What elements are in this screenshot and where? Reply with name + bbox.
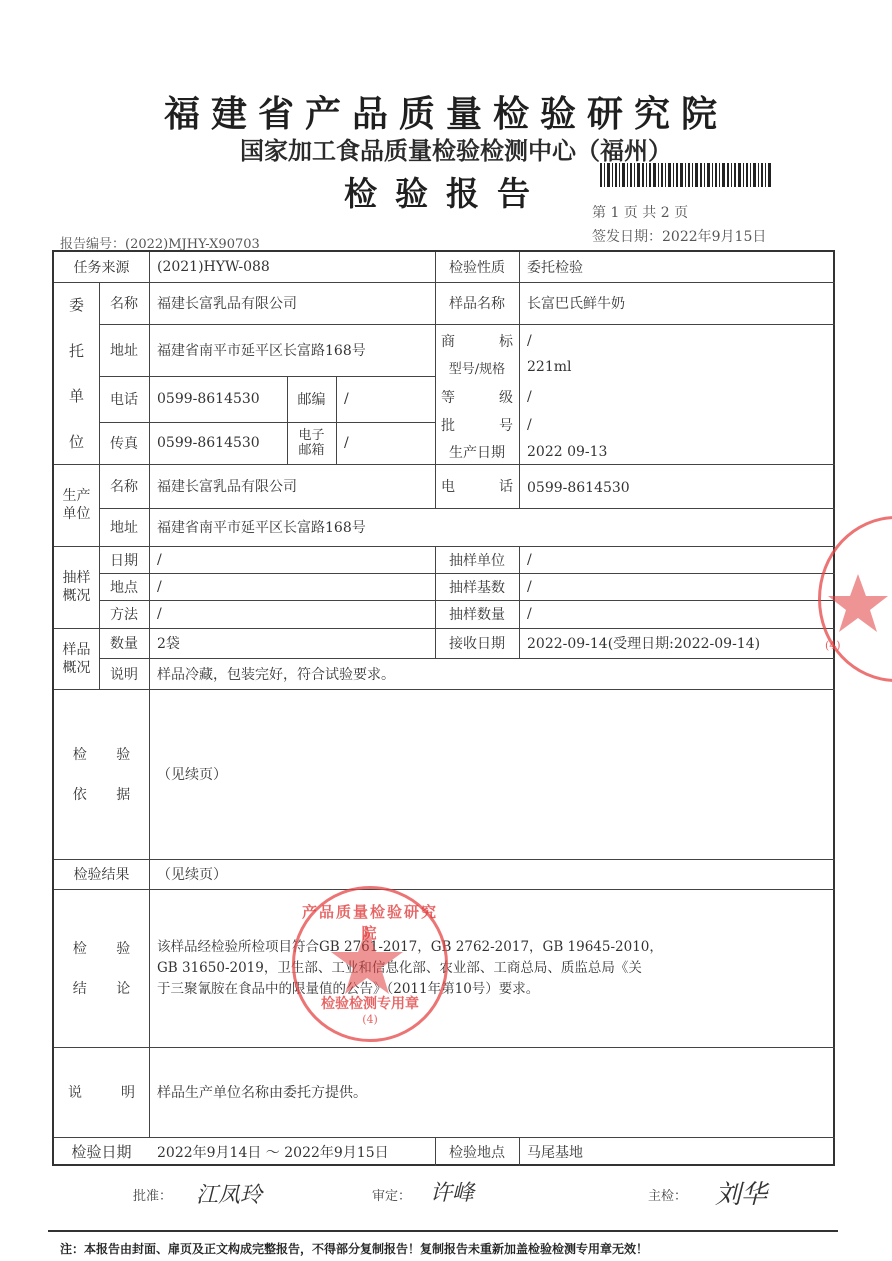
client-postcode-value: / <box>336 376 435 422</box>
footer-divider <box>48 1230 838 1232</box>
batch-value: / <box>519 412 835 438</box>
conclusion-label: 检验 结论 <box>54 889 149 1047</box>
brand-value: / <box>519 328 835 354</box>
sample-count-label: 数量 <box>99 628 149 658</box>
main-inspector-label: 主检： <box>648 1185 687 1204</box>
producer-address-value: 福建省南平市延平区长富路168号 <box>149 508 835 546</box>
report-table: 任务来源 (2021)HYW-088 检验性质 委托检验 委 托 单 位 名称 … <box>52 250 835 1166</box>
sample-name-value: 长富巴氏鲜牛奶 <box>519 282 835 324</box>
sampling-place-value: / <box>149 573 435 600</box>
issue-date: 签发日期：2022年9月15日 <box>592 226 766 246</box>
client-address-label: 地址 <box>99 324 149 376</box>
inspection-type-value: 委托检验 <box>519 252 835 282</box>
result-label: 检验结果 <box>54 859 149 889</box>
sampling-base-value: / <box>519 573 835 600</box>
client-phone-label: 电话 <box>99 376 149 422</box>
test-date-label: 检验日期 <box>54 1137 149 1166</box>
approve-signature: 江凤玲 <box>196 1178 262 1209</box>
task-source-label: 任务来源 <box>54 252 149 282</box>
basis-label: 检验 依据 <box>54 689 149 859</box>
test-site-label: 检验地点 <box>435 1137 519 1166</box>
sampling-method-value: / <box>149 600 435 628</box>
producer-address-label: 地址 <box>99 508 149 546</box>
approve-label: 批准： <box>133 1185 172 1204</box>
test-site-value: 马尾基地 <box>519 1137 835 1166</box>
result-value: （见续页） <box>149 859 835 889</box>
task-source-value: (2021)HYW-088 <box>149 252 435 282</box>
sampling-qty-value: / <box>519 600 835 628</box>
client-email-label: 电子 邮箱 <box>287 422 336 464</box>
sampling-unit-value: / <box>519 546 835 573</box>
main-inspector-signature: 刘华 <box>715 1174 767 1211</box>
test-date-value: 2022年9月14日 ～ 2022年9月15日 <box>149 1137 435 1166</box>
client-email-value: / <box>336 422 435 464</box>
sample-count-value: 2袋 <box>149 628 435 658</box>
producer-phone-label: 电话 <box>435 464 519 508</box>
client-name-label: 名称 <box>99 282 149 324</box>
grade-value: / <box>519 384 835 410</box>
client-postcode-label: 邮编 <box>287 376 336 422</box>
page-info: 第 1 页 共 2 页 <box>592 202 688 222</box>
review-label: 审定： <box>372 1185 411 1204</box>
sample-note-label: 说明 <box>99 658 149 689</box>
review-signature: 许峰 <box>430 1176 474 1207</box>
client-name-value: 福建长富乳品有限公司 <box>149 282 435 324</box>
producer-name-value: 福建长富乳品有限公司 <box>149 464 435 508</box>
grade-label: 等级 <box>435 384 519 410</box>
producer-phone-value: 0599-8614530 <box>519 464 835 508</box>
org-name: 福建省产品质量检验研究院 <box>0 86 892 137</box>
barcode-icon <box>600 163 772 187</box>
remark-value: 样品生产单位名称由委托方提供。 <box>149 1047 835 1137</box>
sampling-qty-label: 抽样数量 <box>435 600 519 628</box>
client-phone-value: 0599-8614530 <box>149 376 287 422</box>
inspection-type-label: 检验性质 <box>435 252 519 282</box>
received-date-label: 接收日期 <box>435 628 519 658</box>
remark-label: 说明 <box>54 1047 149 1137</box>
sample-name-label: 样品名称 <box>435 282 519 324</box>
client-address-value: 福建省南平市延平区长富路168号 <box>149 324 435 376</box>
prod-date-label: 生产日期 <box>435 440 519 464</box>
center-name: 国家加工食品质量检验检测中心（福州） <box>0 131 892 166</box>
sampling-date-value: / <box>149 546 435 573</box>
sample-status-group-label: 样品 概况 <box>54 628 99 689</box>
client-fax-value: 0599-8614530 <box>149 422 287 464</box>
sampling-place-label: 地点 <box>99 573 149 600</box>
batch-label: 批号 <box>435 412 519 438</box>
producer-name-label: 名称 <box>99 464 149 508</box>
sampling-date-label: 日期 <box>99 546 149 573</box>
producer-group-label: 生产 单位 <box>54 464 99 546</box>
spec-value: 221ml <box>519 354 835 380</box>
sample-note-value: 样品冷藏，包装完好，符合试验要求。 <box>149 658 835 689</box>
client-group-label: 委 托 单 位 <box>54 282 99 464</box>
spec-label: 型号/规格 <box>435 354 519 380</box>
footer-note: 注：本报告由封面、扉页及正文构成完整报告，不得部分复制报告！复制报告未重新加盖检… <box>60 1240 648 1257</box>
sampling-group-label: 抽样 概况 <box>54 546 99 628</box>
basis-value: （见续页） <box>149 689 835 859</box>
sampling-method-label: 方法 <box>99 600 149 628</box>
conclusion-value: 该样品经检验所检项目符合GB 2761-2017，GB 2762-2017，GB… <box>149 889 835 1047</box>
prod-date-value: 2022 09-13 <box>519 440 835 464</box>
sampling-base-label: 抽样基数 <box>435 573 519 600</box>
received-date-value: 2022-09-14(受理日期:2022-09-14) <box>519 628 835 658</box>
client-fax-label: 传真 <box>99 422 149 464</box>
sampling-unit-label: 抽样单位 <box>435 546 519 573</box>
brand-label: 商标 <box>435 328 519 354</box>
